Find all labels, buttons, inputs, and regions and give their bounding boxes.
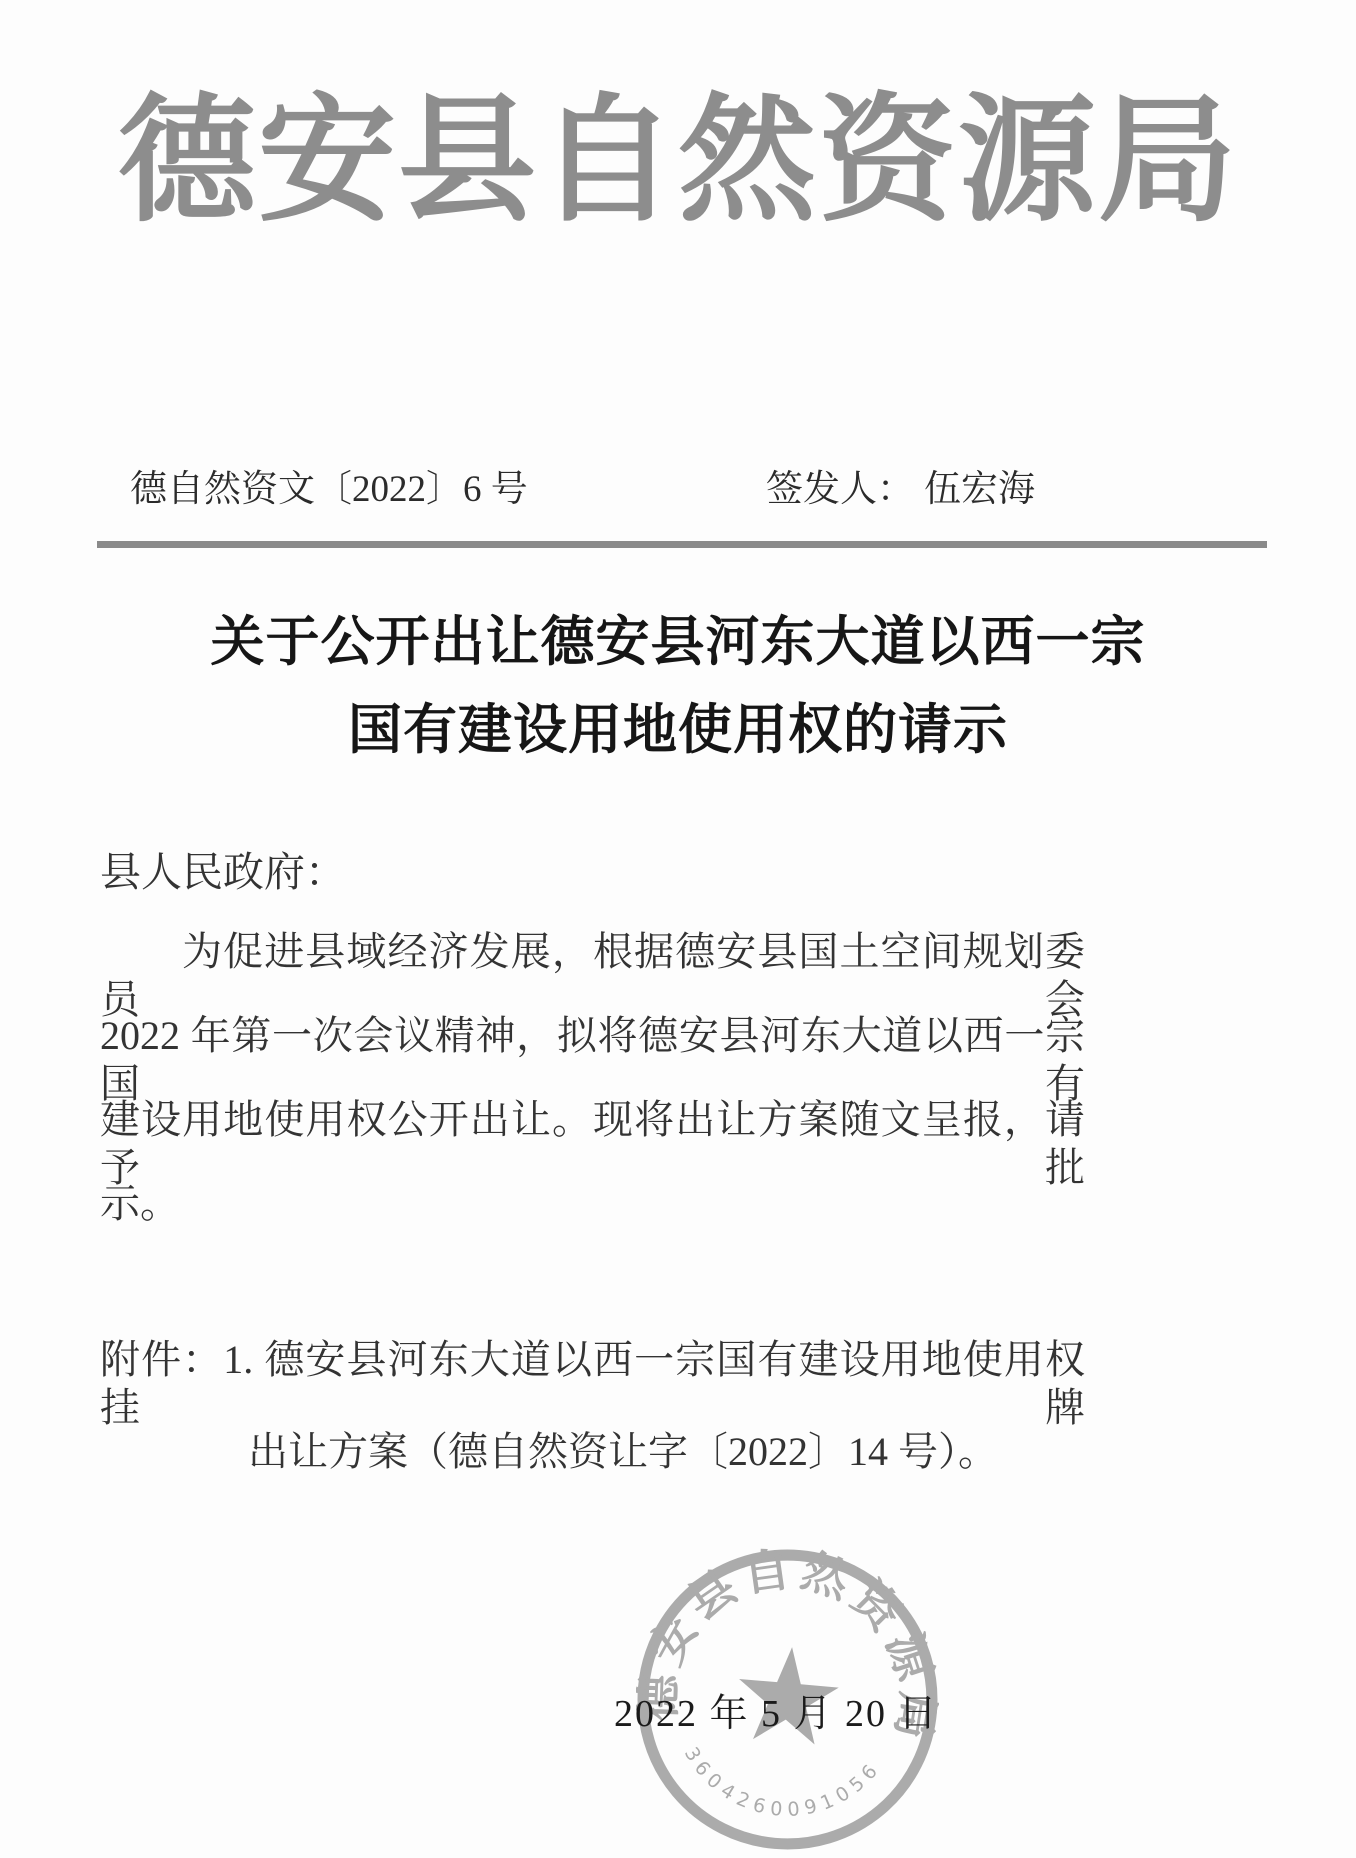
attachment-line-1: 附件：1. 德安县河东大道以西一宗国有建设用地使用权挂牌: [100, 1336, 1085, 1432]
doc-number: 德自然资文〔2022〕6 号: [130, 458, 528, 512]
body-paragraph-line-1: 为促进县域经济发展，根据德安县国土空间规划委员会: [100, 928, 1085, 1024]
salutation: 县人民政府：: [100, 848, 1085, 896]
title-line-2: 国有建设用地使用权的请示: [0, 686, 1356, 774]
header-divider: [97, 541, 1267, 548]
document-page: 德安县自然资源局 德自然资文〔2022〕6 号 签发人： 伍宏海 关于公开出让德…: [0, 0, 1356, 1858]
issuer-label: 签发人：: [766, 458, 914, 512]
doc-info-row: 德自然资文〔2022〕6 号 签发人： 伍宏海: [130, 458, 1035, 512]
body-paragraph-line-4: 示。: [100, 1180, 1085, 1228]
issue-date: 2022 年 5 月 20 日: [614, 1682, 939, 1737]
body-paragraph-line-3: 建设用地使用权公开出让。现将出让方案随文呈报，请予批: [100, 1096, 1085, 1192]
attachment-line-2: 出让方案（德自然资让字〔2022〕14 号）。: [248, 1428, 1088, 1476]
body-paragraph-line-2: 2022 年第一次会议精神，拟将德安县河东大道以西一宗国有: [100, 1012, 1085, 1108]
title-line-1: 关于公开出让德安县河东大道以西一宗: [0, 598, 1356, 686]
agency-header: 德安县自然资源局: [0, 62, 1356, 262]
document-title: 关于公开出让德安县河东大道以西一宗 国有建设用地使用权的请示: [0, 598, 1356, 774]
issuer-name: 伍宏海: [924, 458, 1035, 512]
issuer: 签发人： 伍宏海: [766, 458, 1035, 512]
